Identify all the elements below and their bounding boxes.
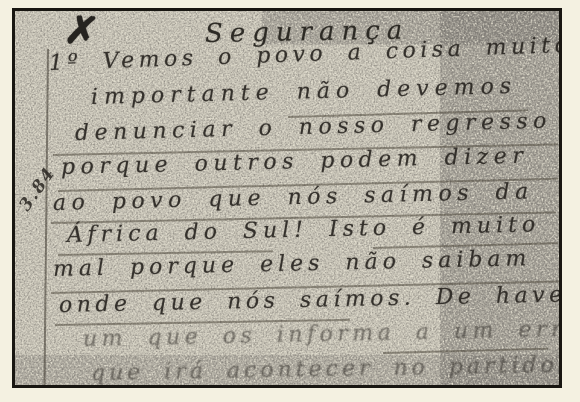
handwritten-line-4: porque outros podem dizer <box>61 144 529 180</box>
margin-rule-vertical <box>43 49 48 385</box>
scanned-photo: ✗ 3.84 Segurança 1º Vemos o povo a coisa… <box>0 0 580 402</box>
handwritten-line-9: um que os informa a um erro <box>83 317 562 352</box>
handwritten-line-10: que irá acontecer no partido <box>91 353 558 386</box>
handwritten-line-7: mal porque eles não saibam <box>53 246 532 282</box>
handwritten-line-2: importante não devemos <box>91 74 518 110</box>
handwritten-line-5: ao povo que nós saímos da <box>53 179 534 216</box>
scanned-page: ✗ 3.84 Segurança 1º Vemos o povo a coisa… <box>12 8 562 388</box>
handwritten-line-8: onde que nós saímos. De haver <box>59 282 562 318</box>
handwritten-line-6: África do Sul! Isto é muito <box>67 212 541 248</box>
handwritten-line-3: denunciar o nosso regresso <box>75 109 553 146</box>
